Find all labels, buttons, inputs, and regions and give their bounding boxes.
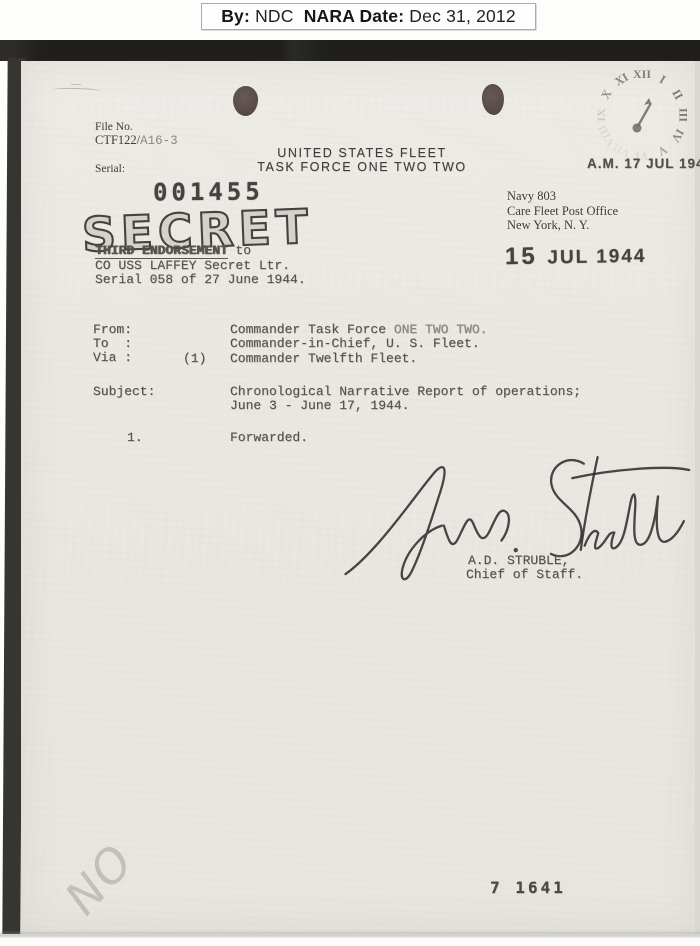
paragraph-number: 1. [127, 431, 143, 445]
scan-bottom-edge [0, 930, 700, 938]
via-number: (1) [183, 352, 206, 366]
date-stamp-day: 15 [505, 242, 548, 270]
serial-label: Serial: [95, 163, 125, 175]
address-line1: Navy 803 [507, 189, 618, 204]
scan-top-edge [0, 40, 700, 61]
subject-line2: June 3 - June 17, 1944. [230, 399, 409, 413]
file-no-printed: CTF122/ [95, 133, 140, 147]
clock-numeral: IV [668, 126, 687, 145]
subject-line1: Chronological Narrative Report of operat… [230, 385, 581, 399]
from-label: From: [93, 323, 132, 337]
to-label: To : [93, 337, 132, 351]
clock-numeral: XI [612, 70, 631, 89]
via-label: Via : [93, 351, 132, 365]
clock-numeral: VIII [594, 122, 618, 149]
clock-numeral: IX [594, 108, 608, 122]
letterhead: UNITED STATES FLEET TASK FORCE ONE TWO T… [222, 147, 502, 174]
endorsement-line2: CO USS LAFFEY Secret Ltr. [95, 259, 290, 273]
banner-by-label: By: [221, 6, 250, 27]
banner-by-value: NDC [255, 6, 294, 27]
scanned-document-page: By: NDC NARA Date: Dec 31, 2012 File No.… [0, 0, 700, 946]
return-address: Navy 803 Care Fleet Post Office New York… [507, 189, 618, 233]
scan-bottom-margin [0, 938, 700, 946]
endorsement-to: to [228, 243, 251, 258]
clock-hand-icon [633, 98, 652, 133]
address-line2: Care Fleet Post Office [507, 204, 618, 219]
banner-date-value: Dec 31, 2012 [409, 6, 516, 27]
clock-numeral: I [657, 72, 668, 87]
letterhead-line1: UNITED STATES FLEET [222, 147, 502, 161]
banner-date-label: NARA Date: [304, 6, 405, 27]
footer-number: 7 1641 [490, 878, 566, 897]
letterhead-line2: TASK FORCE ONE TWO TWO [222, 161, 502, 175]
endorsement-line3: Serial 058 of 27 June 1944. [95, 273, 306, 287]
endorsement-title: THIRD ENDORSEMENT [95, 243, 228, 259]
endorsement-line1: THIRD ENDORSEMENT to [95, 244, 251, 258]
signer-title: Chief of Staff. [466, 568, 583, 582]
received-date-stamp: 15 JUL 1944 [505, 241, 647, 271]
clock-numeral: II [669, 87, 686, 102]
received-date-text: A.M. 17 JUL 1944 [587, 156, 700, 171]
clock-numeral: III [676, 108, 690, 122]
clock-numeral: XII [633, 67, 651, 81]
subject-label: Subject: [93, 385, 155, 399]
file-no-typed: A16-3 [140, 134, 178, 148]
via-value: Commander Twelfth Fleet. [230, 352, 417, 366]
paragraph-text: Forwarded. [230, 431, 308, 445]
declassification-banner: By: NDC NARA Date: Dec 31, 2012 [201, 3, 536, 30]
signer-name: A.D. STRUBLE, [468, 554, 569, 568]
to-value: Commander-in-Chief, U. S. Fleet. [230, 337, 480, 351]
from-value: Commander Task Force ONE TWO TWO. [230, 323, 487, 337]
address-line3: New York, N. Y. [507, 218, 618, 233]
file-no-value: CTF122/A16-3 [95, 133, 178, 148]
file-no-label: File No. [95, 121, 133, 133]
handwritten-signature [335, 444, 700, 611]
date-stamp-rest: JUL 1944 [547, 246, 646, 269]
from-value-faded: ONE TWO TWO. [394, 322, 488, 337]
clock-numeral: X [598, 87, 615, 102]
